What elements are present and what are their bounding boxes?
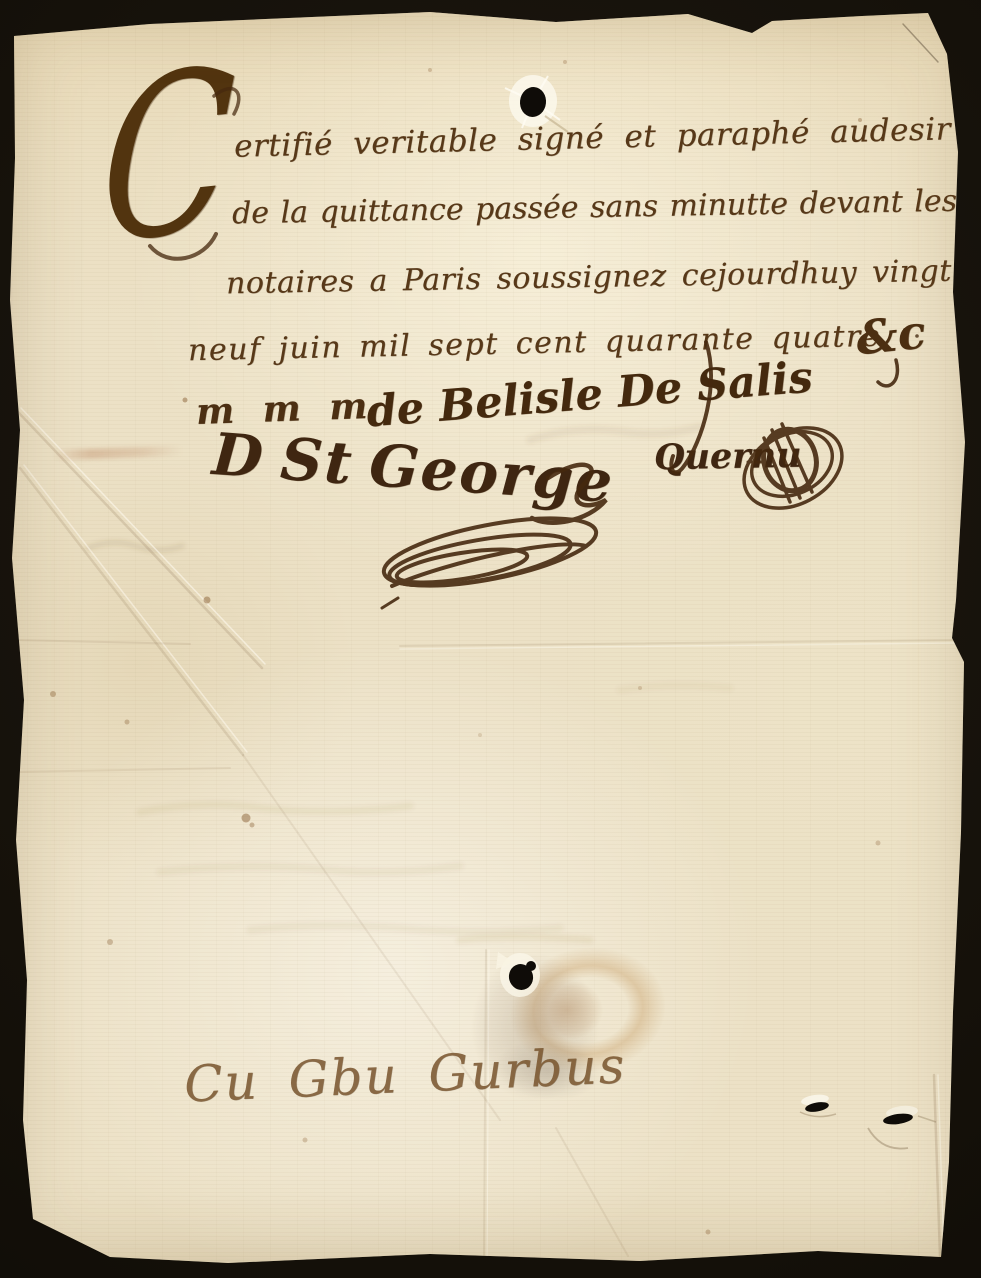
punch-hole-top	[505, 75, 568, 132]
photo-backdrop: C ertifié veritable signé et paraphé aud…	[0, 0, 981, 1278]
manuscript-page: C ertifié veritable signé et paraphé aud…	[0, 0, 981, 1278]
slit-hole-left	[800, 1093, 836, 1116]
punch-hole-bottom	[496, 952, 540, 997]
slit-hole-right	[868, 1104, 936, 1148]
paper-damage	[0, 0, 981, 1278]
